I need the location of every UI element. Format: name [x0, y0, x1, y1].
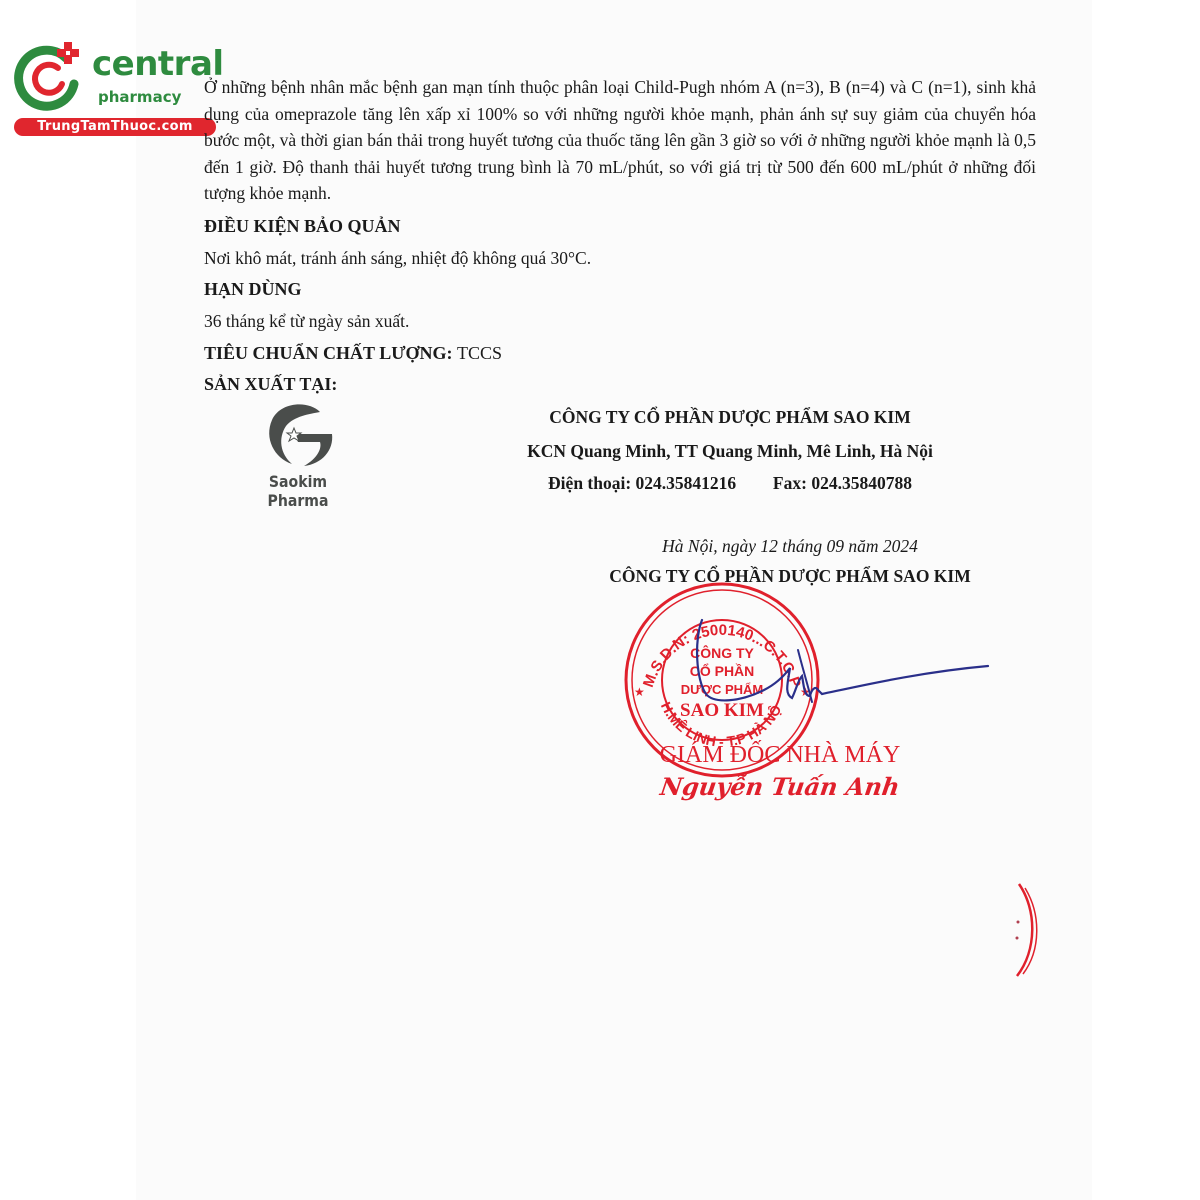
date-line: Hà Nội, ngày 12 tháng 09 năm 2024: [560, 536, 1020, 557]
plus-cross-ring-icon: [14, 40, 86, 112]
manufacturer-address: KCN Quang Minh, TT Quang Minh, Mê Linh, …: [430, 438, 1030, 464]
handwritten-signature: [680, 590, 1000, 720]
shelf-life-text: 36 tháng kể từ ngày sản xuất.: [204, 309, 409, 333]
manufacturer-name: CÔNG TY CỔ PHẦN DƯỢC PHẨM SAO KIM: [430, 404, 1030, 430]
signer-name: Nguyễn Tuấn Anh: [598, 772, 962, 801]
saokim-logo: Saokim Pharma: [228, 398, 368, 494]
shelf-life-heading: HẠN DÙNG: [204, 277, 302, 301]
central-pharmacy-watermark: central pharmacy TrungTamThuoc.com: [8, 40, 218, 136]
brand-website: TrungTamThuoc.com: [14, 118, 216, 136]
intro-paragraph: Ở những bệnh nhân mắc bệnh gan mạn tính …: [204, 74, 1036, 207]
quality-standard-label: TIÊU CHUẨN CHẤT LƯỢNG:: [204, 343, 453, 363]
manufacturer-contact: Điện thoại: 024.35841216 Fax: 024.358407…: [430, 470, 1030, 496]
quality-standard: TIÊU CHUẨN CHẤT LƯỢNG: TCCS: [204, 341, 502, 365]
phone-label: Điện thoại:: [548, 473, 631, 493]
saokim-logo-text: Saokim Pharma: [236, 472, 359, 510]
signer-title: GIÁM ĐỐC NHÀ MÁY: [600, 742, 960, 769]
quality-standard-value: TCCS: [457, 343, 502, 363]
svg-text:★: ★: [634, 685, 645, 699]
storage-heading: ĐIỀU KIỆN BẢO QUẢN: [204, 214, 401, 238]
brand-subtitle: pharmacy: [98, 88, 181, 106]
stamp-edge-mark: [1005, 880, 1045, 980]
fax-label: Fax:: [773, 473, 807, 493]
saokim-g-star-icon: [228, 398, 368, 472]
phone-number: 024.35841216: [636, 473, 737, 493]
storage-text: Nơi khô mát, tránh ánh sáng, nhiệt độ kh…: [204, 246, 591, 270]
signature-company-name: CÔNG TY CỔ PHẦN DƯỢC PHẨM SAO KIM: [560, 566, 1020, 587]
fax-number: 024.35840788: [811, 473, 912, 493]
manufactured-at-heading: SẢN XUẤT TẠI:: [204, 372, 337, 396]
